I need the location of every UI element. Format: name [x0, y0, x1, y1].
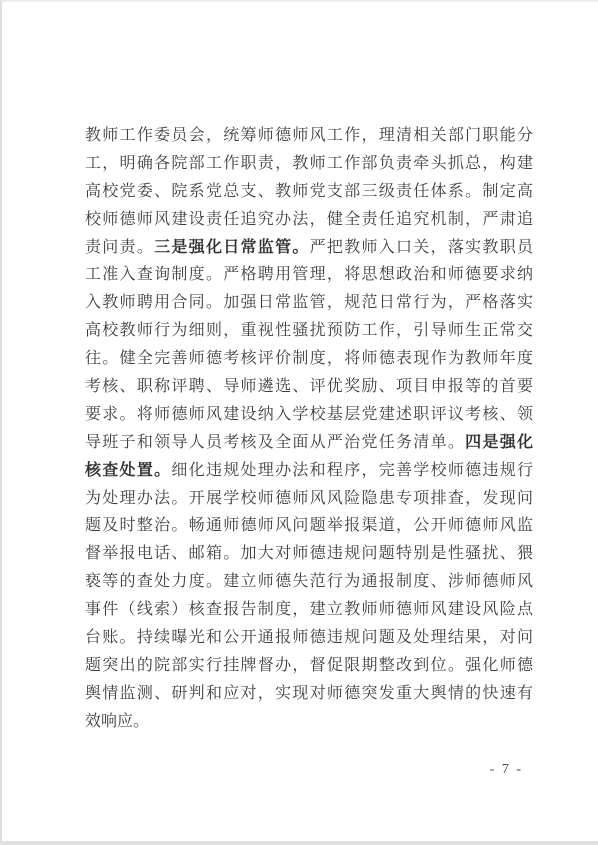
text-segment: 校师德师风建设责任追究办法，健全责任追究机制，严肃追	[85, 211, 533, 228]
text-segment: 工，明确各院部工作职责，教师工作部负责牵头抓总，构建	[85, 155, 533, 172]
text-segment: 往。健全完善师德考核评价制度，将师德表现作为教师年度	[85, 350, 533, 367]
document-body: 教师工作委员会，统筹师德师风工作，理清相关部门职能分工，明确各院部工作职责，教师…	[85, 122, 533, 736]
text-segment: 入教师聘用合同。加强日常监管，规范日常行为，严格落实	[85, 294, 533, 311]
text-line: 考核、职称评聘、导师遴选、评优奖励、项目申报等的首要	[85, 373, 533, 401]
text-line: 核查处置。细化违规处理办法和程序，完善学校师德违规行	[85, 457, 533, 485]
text-segment: 要求。将师德师风建设纳入学校基层党建述职评议考核、领	[85, 406, 533, 423]
text-line: 舆情监测、研判和应对，实现对师德突发重大舆情的快速有	[85, 680, 533, 708]
text-line: 为处理办法。开展学校师德师风风险隐患专项排查，发现问	[85, 485, 533, 513]
text-line: 入教师聘用合同。加强日常监管，规范日常行为，严格落实	[85, 289, 533, 317]
text-segment: 导班子和领导人员考核及全面从严治党任务清单。	[85, 434, 465, 451]
text-line: 校师德师风建设责任追究办法，健全责任追究机制，严肃追	[85, 206, 533, 234]
text-segment: 效响应。	[85, 713, 149, 730]
text-line: 导班子和领导人员考核及全面从严治党任务清单。四是强化	[85, 429, 533, 457]
text-segment: 舆情监测、研判和应对，实现对师德突发重大舆情的快速有	[85, 685, 533, 702]
text-line: 督举报电话、邮箱。加大对师德违规问题特别是性骚扰、猥	[85, 540, 533, 568]
text-line: 工，明确各院部工作职责，教师工作部负责牵头抓总，构建	[85, 150, 533, 178]
text-segment: 事件（线索）核查报告制度，建立教师师德师风建设风险点	[85, 601, 533, 618]
text-line: 责问责。三是强化日常监管。严把教师入口关，落实教职员	[85, 234, 533, 262]
text-line: 教师工作委员会，统筹师德师风工作，理清相关部门职能分	[85, 122, 533, 150]
bold-text-segment: 核查处置。	[85, 462, 171, 479]
text-segment: 严把教师入口关，落实教职员	[310, 239, 533, 256]
text-segment: 教师工作委员会，统筹师德师风工作，理清相关部门职能分	[85, 127, 533, 144]
text-segment: 题突出的院部实行挂牌督办，督促限期整改到位。强化师德	[85, 657, 533, 674]
text-line: 题及时整治。畅通师德师风问题举报渠道，公开师德师风监	[85, 512, 533, 540]
text-line: 台账。持续曝光和公开通报师德违规问题及处理结果，对问	[85, 624, 533, 652]
text-segment: 高校党委、院系党总支、教师党支部三级责任体系。制定高	[85, 183, 533, 200]
text-line: 往。健全完善师德考核评价制度，将师德表现作为教师年度	[85, 345, 533, 373]
text-segment: 亵等的查处力度。建立师德失范行为通报制度、涉师德师风	[85, 573, 533, 590]
text-line: 效响应。	[85, 708, 533, 736]
bold-text-segment: 三是强化日常监管。	[154, 239, 310, 256]
text-segment: 为处理办法。开展学校师德师风风险隐患专项排查，发现问	[85, 490, 533, 507]
text-line: 高校党委、院系党总支、教师党支部三级责任体系。制定高	[85, 178, 533, 206]
text-segment: 督举报电话、邮箱。加大对师德违规问题特别是性骚扰、猥	[85, 545, 533, 562]
text-line: 题突出的院部实行挂牌督办，督促限期整改到位。强化师德	[85, 652, 533, 680]
text-segment: 高校教师行为细则，重视性骚扰预防工作，引导师生正常交	[85, 322, 533, 339]
text-segment: 工准入查询制度。严格聘用管理，将思想政治和师德要求纳	[85, 266, 533, 283]
text-line: 要求。将师德师风建设纳入学校基层党建述职评议考核、领	[85, 401, 533, 429]
text-segment: 题及时整治。畅通师德师风问题举报渠道，公开师德师风监	[85, 517, 533, 534]
page-number: - 7 -	[85, 762, 533, 778]
text-line: 事件（线索）核查报告制度，建立教师师德师风建设风险点	[85, 596, 533, 624]
document-page: 教师工作委员会，统筹师德师风工作，理清相关部门职能分工，明确各院部工作职责，教师…	[0, 0, 598, 845]
text-line: 亵等的查处力度。建立师德失范行为通报制度、涉师德师风	[85, 568, 533, 596]
text-line: 高校教师行为细则，重视性骚扰预防工作，引导师生正常交	[85, 317, 533, 345]
text-segment: 台账。持续曝光和公开通报师德违规问题及处理结果，对问	[85, 629, 533, 646]
text-segment: 细化违规处理办法和程序，完善学校师德违规行	[171, 462, 533, 479]
bold-text-segment: 四是强化	[465, 434, 533, 451]
text-segment: 责问责。	[85, 239, 154, 256]
text-line: 工准入查询制度。严格聘用管理，将思想政治和师德要求纳	[85, 261, 533, 289]
text-segment: 考核、职称评聘、导师遴选、评优奖励、项目申报等的首要	[85, 378, 533, 395]
